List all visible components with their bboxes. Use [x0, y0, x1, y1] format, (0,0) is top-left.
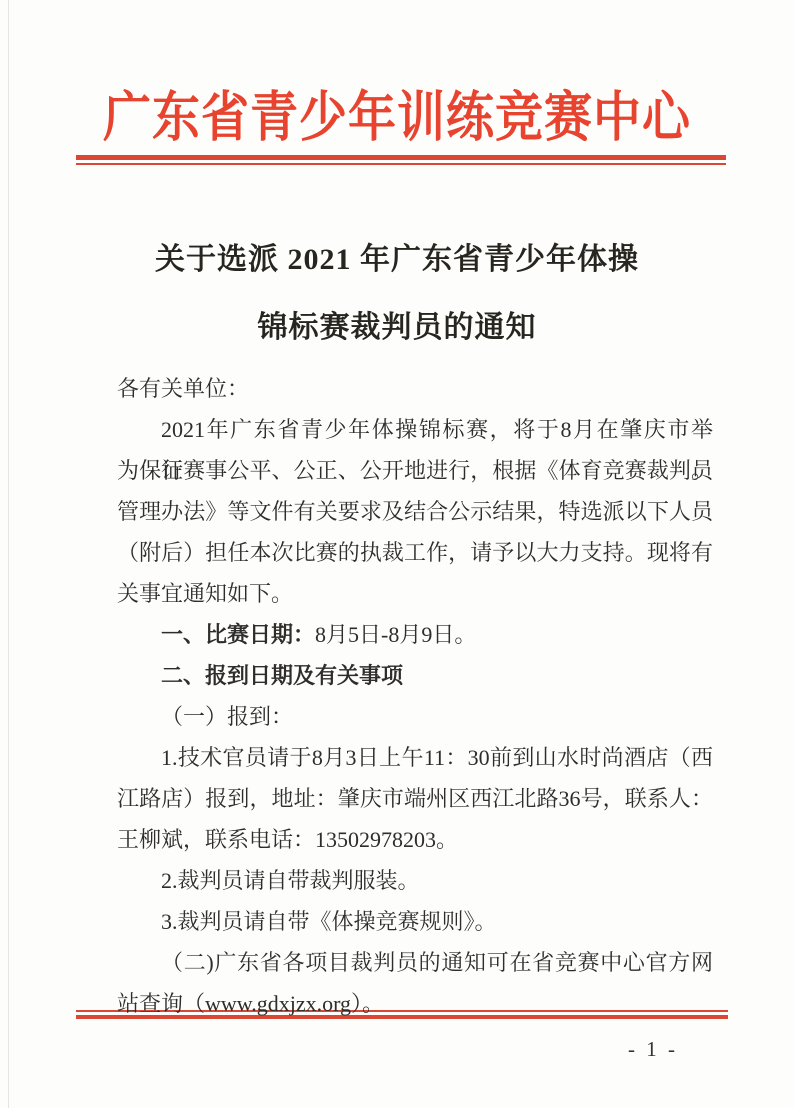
body-text: 8月5日-8月9日。 [315, 622, 476, 647]
body-text: 2.裁判员请自带裁判服装。 [161, 868, 420, 893]
scan-edge-artifact [8, 0, 9, 1108]
page-number: - 1 - [628, 1037, 678, 1062]
body-line: 2.裁判员请自带裁判服装。 [117, 860, 713, 901]
body-text: 各有关单位： [117, 376, 249, 401]
body-text-bold: 一、比赛日期： [161, 622, 315, 647]
body-line: 关事宜通知如下。 [117, 573, 713, 614]
body-line: 为保证赛事公平、公正、公开地进行，根据《体育竞赛裁判员 [117, 450, 713, 491]
document-title-line2: 锦标赛裁判员的通知 [0, 302, 794, 346]
body-line: 站查询（www.gdxjzx.org）。 [117, 983, 713, 1024]
body-line: 一、比赛日期：8月5日-8月9日。 [117, 614, 713, 655]
body-text: （一）报到： [161, 704, 293, 729]
body-line: 3.裁判员请自带《体操竞赛规则》。 [117, 901, 713, 942]
body-text-bold: 二、报到日期及有关事项 [161, 663, 403, 688]
letterhead-rule-thin [76, 163, 726, 165]
body-line: （一）报到： [117, 696, 713, 737]
body-text: 江路店）报到，地址：肇庆市端州区西江北路36号，联系人： [117, 786, 713, 811]
body-text: 为保证赛事公平、公正、公开地进行，根据《体育竞赛裁判员 [117, 458, 713, 483]
document-page: 广东省青少年训练竞赛中心 关于选派 2021 年广东省青少年体操 锦标赛裁判员的… [0, 0, 794, 1108]
body-line: 二、报到日期及有关事项 [117, 655, 713, 696]
document-title-line1: 关于选派 2021 年广东省青少年体操 [0, 234, 794, 278]
body-line: 王柳斌，联系电话：13502978203。 [117, 819, 713, 860]
body-line: 各有关单位： [117, 368, 713, 409]
body-text: （二)广东省各项目裁判员的通知可在省竞赛中心官方网 [161, 950, 713, 975]
body-line: 2021年广东省青少年体操锦标赛，将于8月在肇庆市举行。 [117, 409, 713, 450]
letterhead-rule-thick [76, 155, 726, 160]
body-text: 管理办法》等文件有关要求及结合公示结果，特选派以下人员 [117, 499, 713, 524]
body-line: （二)广东省各项目裁判员的通知可在省竞赛中心官方网 [117, 942, 713, 983]
document-body: 各有关单位：2021年广东省青少年体操锦标赛，将于8月在肇庆市举行。为保证赛事公… [117, 368, 713, 1024]
body-line: 管理办法》等文件有关要求及结合公示结果，特选派以下人员 [117, 491, 713, 532]
body-text: 关事宜通知如下。 [117, 581, 293, 606]
body-text: （附后）担任本次比赛的执裁工作，请予以大力支持。现将有 [117, 540, 713, 565]
body-text: 站查询（www.gdxjzx.org）。 [117, 991, 384, 1016]
body-line: 1.技术官员请于8月3日上午11：30前到山水时尚酒店（西 [117, 737, 713, 778]
body-text: 1.技术官员请于8月3日上午11：30前到山水时尚酒店（西 [161, 745, 713, 770]
letterhead-org-name: 广东省青少年训练竞赛中心 [0, 74, 794, 151]
body-text: 王柳斌，联系电话：13502978203。 [117, 827, 458, 852]
body-line: 江路店）报到，地址：肇庆市端州区西江北路36号，联系人： [117, 778, 713, 819]
body-line: （附后）担任本次比赛的执裁工作，请予以大力支持。现将有 [117, 532, 713, 573]
body-text: 3.裁判员请自带《体操竞赛规则》。 [161, 909, 497, 934]
